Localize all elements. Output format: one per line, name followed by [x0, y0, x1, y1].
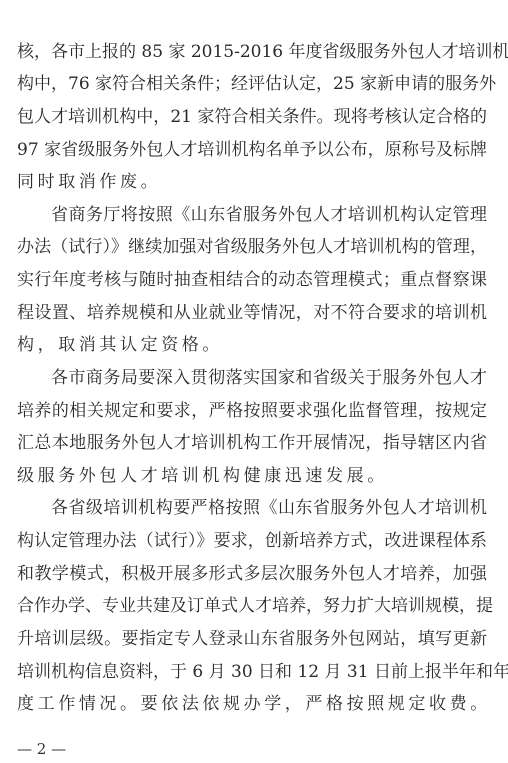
text-line: 和教学模式，积极开展多形式多层次服务外包人才培养，加强: [17, 563, 487, 585]
text-line: 97 家省级服务外包人才培训机构名单予以公布，原称号及标牌: [17, 139, 487, 161]
text-line: 办法（试行）》继续加强对省级服务外包人才培训机构的管理，: [17, 236, 487, 258]
document-page: 核，各市上报的 85 家 2015-2016 年度省级服务外包人才培训机 构中，…: [0, 0, 508, 763]
text-line: 级服务外包人才培训机构健康迅速发展。: [17, 465, 487, 487]
text-line: 程设置、培养规模和从业就业等情况，对不符合要求的培训机: [17, 302, 487, 324]
text-line: 培训机构信息资料，于 6 月 30 日和 12 月 31 日前上报半年和年: [17, 661, 487, 683]
text-line: 汇总本地服务外包人才培训机构工作开展情况，指导辖区内省: [17, 432, 487, 454]
text-line: 构，取消其认定资格。: [17, 334, 487, 356]
text-line: 实行年度考核与随时抽查相结合的动态管理模式；重点督察课: [17, 269, 487, 291]
text-line: 合作办学、专业共建及订单式人才培养，努力扩大培训规模，提: [17, 595, 487, 617]
paragraph-start-line: 各市商务局要深入贯彻落实国家和省级关于服务外包人才: [51, 367, 487, 389]
text-line: 核，各市上报的 85 家 2015-2016 年度省级服务外包人才培训机: [17, 41, 487, 63]
text-line: 度工作情况。要依法依规办学，严格按照规定收费。: [17, 693, 487, 715]
text-line: 构认定管理办法（试行）》要求，创新培养方式，改进课程体系: [17, 530, 487, 552]
page-number: — 2 —: [17, 739, 66, 759]
text-line: 升培训层级。要指定专人登录山东省服务外包网站，填写更新: [17, 628, 487, 650]
text-line: 构中，76 家符合相关条件；经评估认定，25 家新申请的服务外: [17, 73, 487, 95]
text-line: 同时取消作废。: [17, 171, 487, 193]
paragraph-start-line: 各省级培训机构要严格按照《山东省服务外包人才培训机: [51, 497, 487, 519]
text-line: 包人才培训机构中，21 家符合相关条件。现将考核认定合格的: [17, 106, 487, 128]
text-line: 培养的相关规定和要求，严格按照要求强化监督管理，按规定: [17, 400, 487, 422]
paragraph-start-line: 省商务厅将按照《山东省服务外包人才培训机构认定管理: [51, 204, 487, 226]
